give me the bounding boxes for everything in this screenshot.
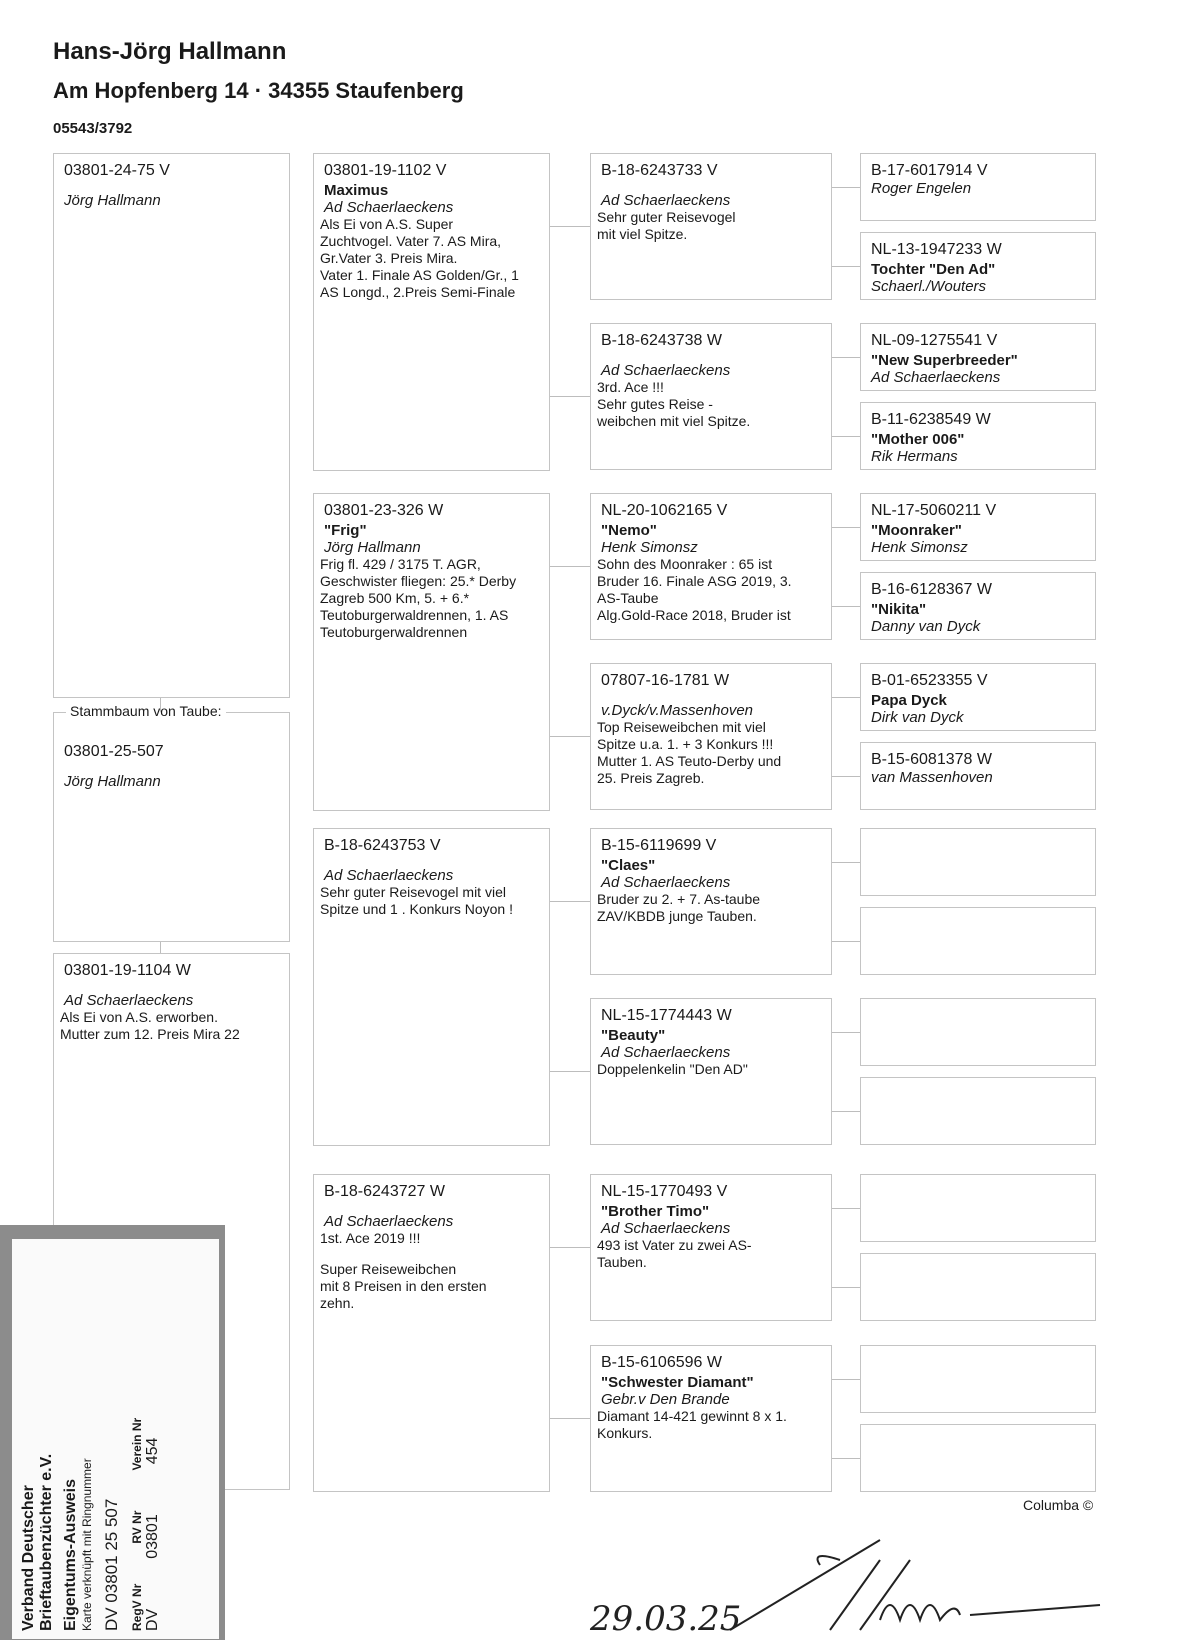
breeder: Roger Engelen — [871, 180, 1085, 197]
pigeon-name: Papa Dyck — [871, 692, 1085, 709]
gen3-box: B-18-6243738 WAd Schaerlaeckens3rd. Ace … — [590, 323, 832, 470]
gen3-box: B-18-6243733 VAd SchaerlaeckensSehr gute… — [590, 153, 832, 300]
card-verein-value: 454 — [144, 1438, 162, 1465]
breeder-phone: 05543/3792 — [53, 120, 132, 137]
pigeon-name: "Mother 006" — [871, 431, 1085, 448]
gen3-box: 07807-16-1781 Wv.Dyck/v.MassenhovenTop R… — [590, 663, 832, 810]
breeder: Ad Schaerlaeckens — [324, 199, 539, 216]
gen2-box: 03801-19-1102 VMaximusAd SchaerlaeckensA… — [313, 153, 550, 471]
gen4-box: NL-17-5060211 V"Moonraker"Henk Simonsz — [860, 493, 1096, 561]
copyright: Columba © — [1023, 1497, 1093, 1513]
note-line: 493 ist Vater zu zwei AS- — [597, 1237, 821, 1254]
ring-number: NL-15-1770493 V — [601, 1183, 821, 1201]
connector-line — [832, 1287, 860, 1288]
breeder: van Massenhoven — [871, 769, 1085, 786]
connector-line — [832, 357, 860, 358]
connector-line — [160, 942, 161, 953]
breeder: Rik Hermans — [871, 448, 1085, 465]
pigeon-name: "Nemo" — [601, 522, 821, 539]
subject-breeder: Jörg Hallmann — [64, 773, 279, 790]
gen4-box: B-15-6081378 Wvan Massenhoven — [860, 742, 1096, 810]
gen3-box: NL-15-1774443 W"Beauty"Ad Schaerlaeckens… — [590, 998, 832, 1145]
ring-number: NL-15-1774443 W — [601, 1007, 821, 1025]
ring-number: NL-17-5060211 V — [871, 502, 1085, 520]
gen4-box — [860, 828, 1096, 896]
connector-line — [550, 566, 590, 567]
pigeon-name: "Frig" — [324, 522, 539, 539]
breeder: Ad Schaerlaeckens — [601, 1044, 821, 1061]
gen4-box — [860, 998, 1096, 1066]
connector-line — [550, 901, 590, 902]
note-line: Diamant 14-421 gewinnt 8 x 1. — [597, 1408, 821, 1425]
breeder: Ad Schaerlaeckens — [64, 992, 279, 1009]
signature: 29.03.25 — [580, 1520, 1120, 1640]
pigeon-name: Tochter "Den Ad" — [871, 261, 1085, 278]
gen2-box: B-18-6243727 WAd Schaerlaeckens1st. Ace … — [313, 1174, 550, 1492]
pigeon-name: "Beauty" — [601, 1027, 821, 1044]
note-line: 25. Preis Zagreb. — [597, 770, 821, 787]
spacer — [601, 350, 821, 362]
note-line: ZAV/KBDB junge Tauben. — [597, 908, 821, 925]
ring-number: B-15-6081378 W — [871, 751, 1085, 769]
connector-line — [550, 1071, 590, 1072]
breeder: Ad Schaerlaeckens — [871, 369, 1085, 386]
note-line: Teutoburgerwaldrennen — [320, 624, 539, 641]
breeder: Henk Simonsz — [601, 539, 821, 556]
gen4-box — [860, 1424, 1096, 1492]
breeder-address: Am Hopfenberg 14 · 34355 Staufenberg — [53, 78, 464, 104]
breeder-name: Hans-Jörg Hallmann — [53, 38, 286, 66]
spacer — [64, 761, 279, 773]
pigeon-name: "Claes" — [601, 857, 821, 874]
ring-number: B-17-6017914 V — [871, 162, 1085, 180]
connector-line — [550, 396, 590, 397]
connector-line — [832, 266, 860, 267]
connector-line — [832, 1379, 860, 1380]
connector-line — [832, 1032, 860, 1033]
card-rv-value: 03801 — [144, 1514, 162, 1559]
card-ring: DV 03801 25 507 — [102, 1241, 122, 1631]
connector-line — [832, 606, 860, 607]
spacer — [601, 180, 821, 192]
ring-number: B-15-6119699 V — [601, 837, 821, 855]
ring-number: B-11-6238549 W — [871, 411, 1085, 429]
gen4-box: B-17-6017914 VRoger Engelen — [860, 153, 1096, 221]
ring-number: B-18-6243733 V — [601, 162, 821, 180]
gen4-box — [860, 907, 1096, 975]
ownership-card: Verband Deutscher Brieftaubenzüchter e.V… — [0, 1225, 225, 1640]
note-line: Frig fl. 429 / 3175 T. AGR, — [320, 556, 539, 573]
ring-number: 07807-16-1781 W — [601, 672, 821, 690]
breeder: Jörg Hallmann — [324, 539, 539, 556]
subject-box: 03801-25-507Jörg Hallmann — [53, 712, 290, 942]
note-line: Top Reiseweibchen mit viel — [597, 719, 821, 736]
connector-line — [832, 1208, 860, 1209]
card-org-line1: Verband Deutscher — [20, 1241, 38, 1631]
connector-line — [550, 1247, 590, 1248]
connector-line — [550, 1418, 590, 1419]
ring-number: B-16-6128367 W — [871, 581, 1085, 599]
note-line: zehn. — [320, 1295, 539, 1312]
connector-line — [832, 862, 860, 863]
gen4-box — [860, 1077, 1096, 1145]
note-line: Sehr gutes Reise - — [597, 396, 821, 413]
note-line: Bruder 16. Finale ASG 2019, 3. — [597, 573, 821, 590]
note-line: Sehr guter Reisevogel mit viel — [320, 884, 539, 901]
note-line: 1st. Ace 2019 !!! — [320, 1230, 539, 1247]
note-line: AS-Taube — [597, 590, 821, 607]
ring-number: NL-09-1275541 V — [871, 332, 1085, 350]
card-title: Eigentums-Ausweis — [62, 1241, 80, 1631]
spacer — [64, 980, 279, 992]
gen4-box — [860, 1253, 1096, 1321]
connector-line — [160, 698, 161, 712]
note-line: Gr.Vater 3. Preis Mira. — [320, 250, 539, 267]
connector-line — [832, 1458, 860, 1459]
note-line — [320, 1247, 539, 1261]
note-line: AS Longd., 2.Preis Semi-Finale — [320, 284, 539, 301]
breeder: Ad Schaerlaeckens — [324, 867, 539, 884]
gen4-box: B-16-6128367 W"Nikita"Danny van Dyck — [860, 572, 1096, 640]
note-line: Spitze und 1 . Konkurs Noyon ! — [320, 901, 539, 918]
note-line: Geschwister fliegen: 25.* Derby — [320, 573, 539, 590]
ring-number: B-01-6523355 V — [871, 672, 1085, 690]
gen3-box: NL-20-1062165 V"Nemo"Henk SimonszSohn de… — [590, 493, 832, 640]
connector-line — [832, 187, 860, 188]
ring-number: B-18-6243753 V — [324, 837, 539, 855]
ring-number: 03801-23-326 W — [324, 502, 539, 520]
breeder: v.Dyck/v.Massenhoven — [601, 702, 821, 719]
connector-line — [832, 697, 860, 698]
connector-line — [832, 527, 860, 528]
card-rv-label: RV Nr — [130, 1511, 144, 1544]
ring-number: B-15-6106596 W — [601, 1354, 821, 1372]
connector-line — [832, 1111, 860, 1112]
note-line: Bruder zu 2. + 7. As-taube — [597, 891, 821, 908]
gen4-box: B-01-6523355 VPapa DyckDirk van Dyck — [860, 663, 1096, 731]
breeder: Ad Schaerlaeckens — [601, 192, 821, 209]
card-verein-label: Verein Nr — [130, 1418, 144, 1471]
note-line: Als Ei von A.S. erworben. — [60, 1009, 279, 1026]
breeder: Ad Schaerlaeckens — [601, 874, 821, 891]
ring-number: 03801-19-1104 W — [64, 962, 279, 980]
gen4-box — [860, 1345, 1096, 1413]
breeder: Dirk van Dyck — [871, 709, 1085, 726]
gen3-box: B-15-6119699 V"Claes"Ad SchaerlaeckensBr… — [590, 828, 832, 975]
spacer — [324, 1201, 539, 1213]
spacer — [64, 180, 279, 192]
pigeon-name: "Moonraker" — [871, 522, 1085, 539]
gen3-box: NL-15-1770493 V"Brother Timo"Ad Schaerla… — [590, 1174, 832, 1321]
note-line: 3rd. Ace !!! — [597, 379, 821, 396]
note-line: Konkurs. — [597, 1425, 821, 1442]
note-line: weibchen mit viel Spitze. — [597, 413, 821, 430]
note-line: Teutoburgerwaldrennen, 1. AS — [320, 607, 539, 624]
ring-number: 03801-24-75 V — [64, 162, 279, 180]
spacer — [324, 855, 539, 867]
card-regv-value: DV — [144, 1609, 162, 1631]
note-line: Als Ei von A.S. Super — [320, 216, 539, 233]
ring-number: B-18-6243738 W — [601, 332, 821, 350]
gen4-box — [860, 1174, 1096, 1242]
note-line: mit viel Spitze. — [597, 226, 821, 243]
pigeon-name: "Schwester Diamant" — [601, 1374, 821, 1391]
ring-number: 03801-19-1102 V — [324, 162, 539, 180]
connector-line — [832, 776, 860, 777]
card-regv-label: RegV Nr — [130, 1584, 144, 1631]
breeder: Jörg Hallmann — [64, 192, 279, 209]
ring-number: B-18-6243727 W — [324, 1183, 539, 1201]
note-line: Tauben. — [597, 1254, 821, 1271]
pigeon-name: Maximus — [324, 182, 539, 199]
connector-line — [550, 226, 590, 227]
breeder: Gebr.v Den Brande — [601, 1391, 821, 1408]
note-line: Zuchtvogel. Vater 7. AS Mira, — [320, 233, 539, 250]
gen4-box: NL-09-1275541 V"New Superbreeder"Ad Scha… — [860, 323, 1096, 391]
connector-line — [550, 736, 590, 737]
ring-number: NL-20-1062165 V — [601, 502, 821, 520]
card-org-line2: Brieftaubenzüchter e.V. — [38, 1241, 56, 1631]
note-line: Mutter zum 12. Preis Mira 22 — [60, 1026, 279, 1043]
breeder: Danny van Dyck — [871, 618, 1085, 635]
gen3-box: B-15-6106596 W"Schwester Diamant"Gebr.v … — [590, 1345, 832, 1492]
note-line: Sehr guter Reisevogel — [597, 209, 821, 226]
card-subtitle: Karte verknüpft mit Ringnummer — [80, 1241, 94, 1631]
sire-box: 03801-24-75 VJörg Hallmann — [53, 153, 290, 698]
note-line: Vater 1. Finale AS Golden/Gr., 1 — [320, 267, 539, 284]
note-line: Spitze u.a. 1. + 3 Konkurs !!! — [597, 736, 821, 753]
note-line: Alg.Gold-Race 2018, Bruder ist — [597, 607, 821, 624]
pigeon-name: "Nikita" — [871, 601, 1085, 618]
note-line: Mutter 1. AS Teuto-Derby und — [597, 753, 821, 770]
pigeon-name: "New Superbreeder" — [871, 352, 1085, 369]
gen4-box: NL-13-1947233 WTochter "Den Ad"Schaerl./… — [860, 232, 1096, 300]
pigeon-name: "Brother Timo" — [601, 1203, 821, 1220]
gen4-box: B-11-6238549 W"Mother 006"Rik Hermans — [860, 402, 1096, 470]
gen2-box: B-18-6243753 VAd SchaerlaeckensSehr gute… — [313, 828, 550, 1146]
connector-line — [832, 941, 860, 942]
note-line: Sohn des Moonraker : 65 ist — [597, 556, 821, 573]
subject-legend: Stammbaum von Taube: — [66, 703, 226, 719]
note-line: Doppelenkelin "Den AD" — [597, 1061, 821, 1078]
subject-ring: 03801-25-507 — [64, 743, 279, 761]
signature-date: 29.03.25 — [589, 1599, 741, 1639]
ring-number: NL-13-1947233 W — [871, 241, 1085, 259]
breeder: Ad Schaerlaeckens — [601, 362, 821, 379]
note-line: mit 8 Preisen in den ersten — [320, 1278, 539, 1295]
spacer — [601, 690, 821, 702]
note-line: Zagreb 500 Km, 5. + 6.* — [320, 590, 539, 607]
breeder: Ad Schaerlaeckens — [324, 1213, 539, 1230]
breeder: Schaerl./Wouters — [871, 278, 1085, 295]
breeder: Ad Schaerlaeckens — [601, 1220, 821, 1237]
gen2-box: 03801-23-326 W"Frig"Jörg HallmannFrig fl… — [313, 493, 550, 811]
note-line: Super Reiseweibchen — [320, 1261, 539, 1278]
breeder: Henk Simonsz — [871, 539, 1085, 556]
connector-line — [832, 436, 860, 437]
